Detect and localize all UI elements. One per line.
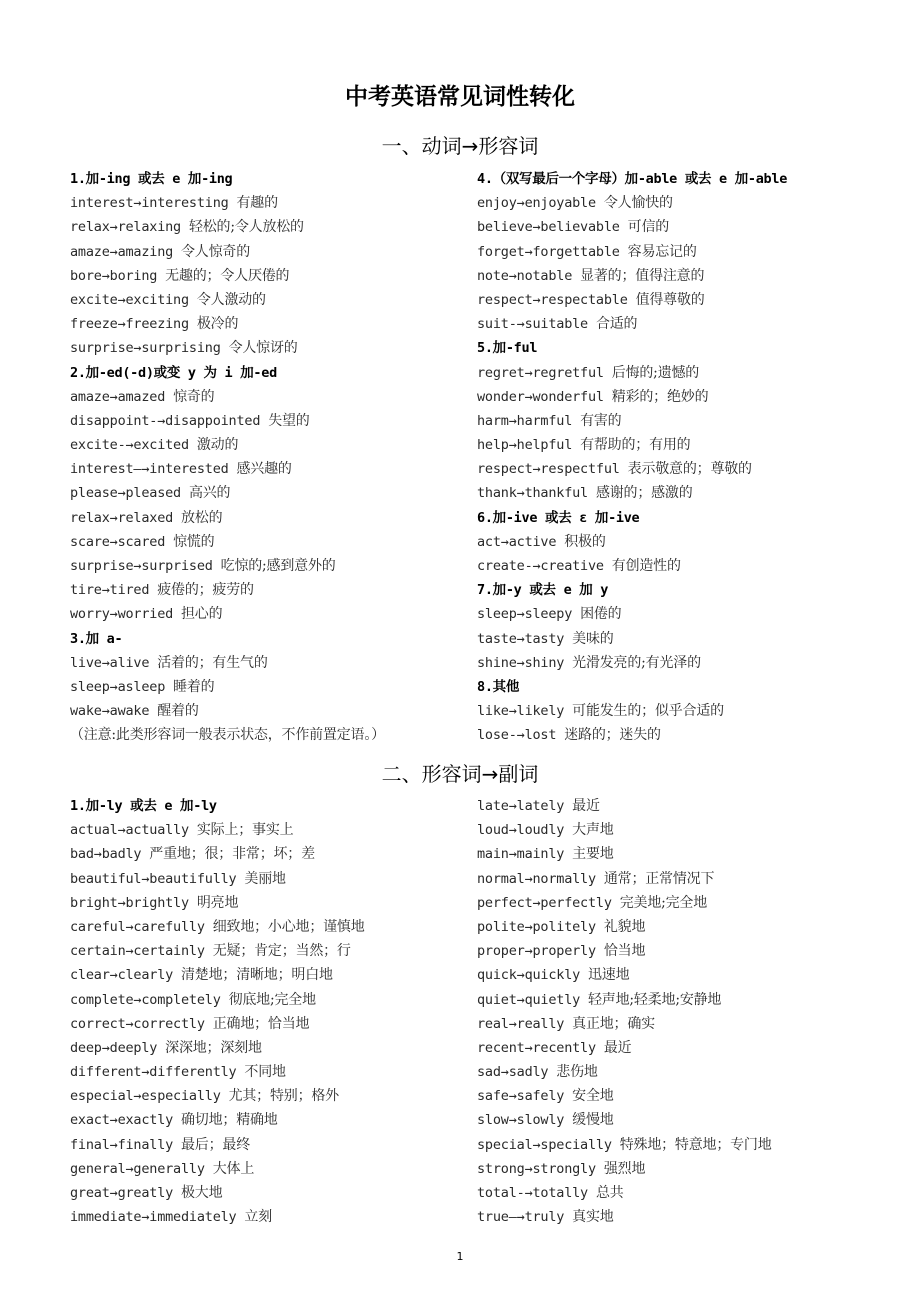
chinese-meaning: 最近 bbox=[604, 1040, 632, 1056]
word-entry: perfect→perfectly 完美地;完全地 bbox=[477, 891, 897, 915]
word-conversion: lose-→lost bbox=[477, 727, 556, 743]
section-1-title: 一、动词→形容词 bbox=[0, 130, 920, 159]
chinese-meaning: 光滑发亮的;有光泽的 bbox=[572, 655, 701, 671]
word-conversion: disappoint-→disappointed bbox=[70, 413, 260, 429]
word-conversion: note→notable bbox=[477, 268, 572, 284]
word-entry: scare→scared 惊慌的 bbox=[70, 530, 490, 554]
chinese-meaning: 彻底地;完全地 bbox=[229, 992, 316, 1008]
chinese-meaning: 完美地;完全地 bbox=[620, 895, 707, 911]
word-entry: shine→shiny 光滑发亮的;有光泽的 bbox=[477, 651, 897, 675]
word-conversion: live→alive bbox=[70, 655, 149, 671]
chinese-meaning: 感谢的；感激的 bbox=[596, 485, 693, 501]
word-conversion: careful→carefully bbox=[70, 919, 205, 935]
word-conversion: taste→tasty bbox=[477, 631, 564, 647]
word-entry: amaze→amazing 令人惊奇的 bbox=[70, 240, 490, 264]
word-conversion: sad→sadly bbox=[477, 1064, 548, 1080]
word-entry: real→really 真正地；确实 bbox=[477, 1012, 897, 1036]
chinese-meaning: 值得尊敬的 bbox=[636, 292, 705, 308]
word-conversion: certain→certainly bbox=[70, 943, 205, 959]
word-entry: actual→actually 实际上；事实上 bbox=[70, 818, 490, 842]
word-conversion: create-→creative bbox=[477, 558, 604, 574]
chinese-meaning: 尤其；特别；格外 bbox=[229, 1088, 339, 1104]
word-conversion: help→helpful bbox=[477, 437, 572, 453]
word-conversion: normal→normally bbox=[477, 871, 596, 887]
chinese-meaning: 显著的；值得注意的 bbox=[580, 268, 704, 284]
word-entry: respect→respectful 表示敬意的；尊敬的 bbox=[477, 457, 897, 481]
word-conversion: harm→harmful bbox=[477, 413, 572, 429]
word-entry: safe→safely 安全地 bbox=[477, 1084, 897, 1108]
chinese-meaning: 极冷的 bbox=[197, 316, 238, 332]
word-conversion: great→greatly bbox=[70, 1185, 173, 1201]
word-entry: taste→tasty 美味的 bbox=[477, 627, 897, 651]
word-entry: enjoy→enjoyable 令人愉快的 bbox=[477, 191, 897, 215]
word-conversion: believe→believable bbox=[477, 219, 620, 235]
chinese-meaning: 无疑；肯定；当然；行 bbox=[213, 943, 351, 959]
word-conversion: amaze→amazing bbox=[70, 244, 173, 260]
section-2-title: 二、形容词→副词 bbox=[0, 758, 920, 787]
chinese-meaning: 真正地；确实 bbox=[572, 1016, 655, 1032]
word-entry: sleep→sleepy 困倦的 bbox=[477, 602, 897, 626]
word-conversion: perfect→perfectly bbox=[477, 895, 612, 911]
word-entry: interest→interesting 有趣的 bbox=[70, 191, 490, 215]
word-entry: surprise→surprising 令人惊讶的 bbox=[70, 336, 490, 360]
chinese-meaning: 确切地；精确地 bbox=[181, 1112, 278, 1128]
chinese-meaning: 礼貌地 bbox=[604, 919, 645, 935]
word-entry: total-→totally 总共 bbox=[477, 1181, 897, 1205]
word-entry: suit-→suitable 合适的 bbox=[477, 312, 897, 336]
chinese-meaning: 令人愉快的 bbox=[604, 195, 673, 211]
chinese-meaning: 最近 bbox=[572, 798, 600, 814]
word-entry: final→finally 最后；最终 bbox=[70, 1133, 490, 1157]
chinese-meaning: 惊慌的 bbox=[173, 534, 214, 550]
word-entry: normal→normally 通常；正常情况下 bbox=[477, 867, 897, 891]
word-entry: main→mainly 主要地 bbox=[477, 842, 897, 866]
word-entry: act→active 积极的 bbox=[477, 530, 897, 554]
word-entry: especial→especially 尤其；特别；格外 bbox=[70, 1084, 490, 1108]
chinese-meaning: 有害的 bbox=[580, 413, 621, 429]
chinese-meaning: 安全地 bbox=[572, 1088, 613, 1104]
word-entry: quiet→quietly 轻声地;轻柔地;安静地 bbox=[477, 988, 897, 1012]
word-conversion: different→differently bbox=[70, 1064, 236, 1080]
word-conversion: main→mainly bbox=[477, 846, 564, 862]
section-2-left-column: 1.加-ly 或去 e 加-lyactual→actually 实际上；事实上b… bbox=[70, 794, 490, 1229]
chinese-meaning: 恰当地 bbox=[604, 943, 645, 959]
word-entry: regret→regretful 后悔的;遗憾的 bbox=[477, 361, 897, 385]
chinese-meaning: 大声地 bbox=[572, 822, 613, 838]
word-conversion: enjoy→enjoyable bbox=[477, 195, 596, 211]
word-conversion: shine→shiny bbox=[477, 655, 564, 671]
note-text: （注意:此类形容词一般表示状态，不作前置定语。） bbox=[70, 723, 490, 747]
word-conversion: polite→politely bbox=[477, 919, 596, 935]
word-conversion: exact→exactly bbox=[70, 1112, 173, 1128]
word-entry: excite→exciting 令人激动的 bbox=[70, 288, 490, 312]
word-entry: worry→worried 担心的 bbox=[70, 602, 490, 626]
word-entry: respect→respectable 值得尊敬的 bbox=[477, 288, 897, 312]
chinese-meaning: 总共 bbox=[596, 1185, 624, 1201]
word-entry: slow→slowly 缓慢地 bbox=[477, 1108, 897, 1132]
word-entry: proper→properly 恰当地 bbox=[477, 939, 897, 963]
word-conversion: sleep→asleep bbox=[70, 679, 165, 695]
word-entry: clear→clearly 清楚地；清晰地；明白地 bbox=[70, 963, 490, 987]
word-conversion: quick→quickly bbox=[477, 967, 580, 983]
word-entry: careful→carefully 细致地；小心地；谨慎地 bbox=[70, 915, 490, 939]
chinese-meaning: 悲伤地 bbox=[556, 1064, 597, 1080]
word-entry: like→likely 可能发生的；似乎合适的 bbox=[477, 699, 897, 723]
chinese-meaning: 活着的；有生气的 bbox=[157, 655, 267, 671]
rule-heading: 6.加-ive 或去 ε 加-ive bbox=[477, 506, 897, 530]
word-conversion: freeze→freezing bbox=[70, 316, 189, 332]
chinese-meaning: 实际上；事实上 bbox=[197, 822, 294, 838]
word-conversion: immediate→immediately bbox=[70, 1209, 236, 1225]
word-conversion: wonder→wonderful bbox=[477, 389, 604, 405]
chinese-meaning: 表示敬意的；尊敬的 bbox=[628, 461, 752, 477]
chinese-meaning: 美丽地 bbox=[244, 871, 285, 887]
chinese-meaning: 高兴的 bbox=[189, 485, 230, 501]
chinese-meaning: 感兴趣的 bbox=[237, 461, 292, 477]
word-conversion: final→finally bbox=[70, 1137, 173, 1153]
chinese-meaning: 有趣的 bbox=[237, 195, 278, 211]
word-entry: sleep→asleep 睡着的 bbox=[70, 675, 490, 699]
chinese-meaning: 细致地；小心地；谨慎地 bbox=[213, 919, 365, 935]
word-conversion: scare→scared bbox=[70, 534, 165, 550]
word-entry: different→differently 不同地 bbox=[70, 1060, 490, 1084]
word-entry: freeze→freezing 极冷的 bbox=[70, 312, 490, 336]
word-conversion: respect→respectful bbox=[477, 461, 620, 477]
word-conversion: forget→forgettable bbox=[477, 244, 620, 260]
word-entry: deep→deeply 深深地；深刻地 bbox=[70, 1036, 490, 1060]
rule-heading: 8.其他 bbox=[477, 675, 897, 699]
chinese-meaning: 极大地 bbox=[181, 1185, 222, 1201]
word-entry: wake→awake 醒着的 bbox=[70, 699, 490, 723]
word-entry: amaze→amazed 惊奇的 bbox=[70, 385, 490, 409]
chinese-meaning: 精彩的；绝妙的 bbox=[612, 389, 709, 405]
chinese-meaning: 积极的 bbox=[564, 534, 605, 550]
word-conversion: safe→safely bbox=[477, 1088, 564, 1104]
word-conversion: correct→correctly bbox=[70, 1016, 205, 1032]
word-entry: relax→relaxed 放松的 bbox=[70, 506, 490, 530]
chinese-meaning: 惊奇的 bbox=[173, 389, 214, 405]
chinese-meaning: 严重地；很；非常；坏；差 bbox=[149, 846, 315, 862]
word-entry: certain→certainly 无疑；肯定；当然；行 bbox=[70, 939, 490, 963]
word-conversion: clear→clearly bbox=[70, 967, 173, 983]
word-entry: correct→correctly 正确地；恰当地 bbox=[70, 1012, 490, 1036]
word-entry: surprise→surprised 吃惊的;感到意外的 bbox=[70, 554, 490, 578]
section-1-right-column: 4.（双写最后一个字母）加-able 或去 e 加-ableenjoy→enjo… bbox=[477, 167, 897, 748]
chinese-meaning: 令人惊讶的 bbox=[229, 340, 298, 356]
word-conversion: excite-→excited bbox=[70, 437, 189, 453]
word-entry: exact→exactly 确切地；精确地 bbox=[70, 1108, 490, 1132]
chinese-meaning: 最后；最终 bbox=[181, 1137, 250, 1153]
word-conversion: like→likely bbox=[477, 703, 564, 719]
chinese-meaning: 醒着的 bbox=[157, 703, 198, 719]
word-entry: interest—→interested 感兴趣的 bbox=[70, 457, 490, 481]
word-entry: polite→politely 礼貌地 bbox=[477, 915, 897, 939]
word-conversion: relax→relaxed bbox=[70, 510, 173, 526]
word-conversion: bad→badly bbox=[70, 846, 141, 862]
chinese-meaning: 容易忘记的 bbox=[628, 244, 697, 260]
chinese-meaning: 主要地 bbox=[572, 846, 613, 862]
word-conversion: interest—→interested bbox=[70, 461, 229, 477]
chinese-meaning: 不同地 bbox=[244, 1064, 285, 1080]
word-conversion: tire→tired bbox=[70, 582, 149, 598]
chinese-meaning: 无趣的；令人厌倦的 bbox=[165, 268, 289, 284]
chinese-meaning: 正确地；恰当地 bbox=[213, 1016, 310, 1032]
chinese-meaning: 缓慢地 bbox=[572, 1112, 613, 1128]
chinese-meaning: 有帮助的；有用的 bbox=[580, 437, 690, 453]
word-conversion: actual→actually bbox=[70, 822, 189, 838]
word-entry: complete→completely 彻底地;完全地 bbox=[70, 988, 490, 1012]
word-conversion: complete→completely bbox=[70, 992, 221, 1008]
chinese-meaning: 疲倦的；疲劳的 bbox=[157, 582, 254, 598]
word-entry: true—→truly 真实地 bbox=[477, 1205, 897, 1229]
word-entry: believe→believable 可信的 bbox=[477, 215, 897, 239]
chinese-meaning: 激动的 bbox=[197, 437, 238, 453]
chinese-meaning: 清楚地；清晰地；明白地 bbox=[181, 967, 333, 983]
word-conversion: deep→deeply bbox=[70, 1040, 157, 1056]
chinese-meaning: 后悔的;遗憾的 bbox=[612, 365, 699, 381]
rule-heading: 4.（双写最后一个字母）加-able 或去 e 加-able bbox=[477, 167, 897, 191]
word-entry: please→pleased 高兴的 bbox=[70, 481, 490, 505]
word-conversion: sleep→sleepy bbox=[477, 606, 572, 622]
chinese-meaning: 失望的 bbox=[268, 413, 309, 429]
word-conversion: especial→especially bbox=[70, 1088, 221, 1104]
word-conversion: regret→regretful bbox=[477, 365, 604, 381]
word-conversion: thank→thankful bbox=[477, 485, 588, 501]
word-entry: bright→brightly 明亮地 bbox=[70, 891, 490, 915]
word-entry: bore→boring 无趣的；令人厌倦的 bbox=[70, 264, 490, 288]
chinese-meaning: 迷路的；迷失的 bbox=[564, 727, 661, 743]
chinese-meaning: 可信的 bbox=[628, 219, 669, 235]
word-entry: wonder→wonderful 精彩的；绝妙的 bbox=[477, 385, 897, 409]
rule-heading: 1.加-ing 或去 e 加-ing bbox=[70, 167, 490, 191]
chinese-meaning: 困倦的 bbox=[580, 606, 621, 622]
word-conversion: recent→recently bbox=[477, 1040, 596, 1056]
word-entry: lose-→lost 迷路的；迷失的 bbox=[477, 723, 897, 747]
word-conversion: amaze→amazed bbox=[70, 389, 165, 405]
word-conversion: excite→exciting bbox=[70, 292, 189, 308]
word-conversion: beautiful→beautifully bbox=[70, 871, 236, 887]
chinese-meaning: 放松的 bbox=[181, 510, 222, 526]
word-conversion: interest→interesting bbox=[70, 195, 229, 211]
rule-heading: 7.加-y 或去 e 加 y bbox=[477, 578, 897, 602]
word-entry: thank→thankful 感谢的；感激的 bbox=[477, 481, 897, 505]
section-1-left-column: 1.加-ing 或去 e 加-inginterest→interesting 有… bbox=[70, 167, 490, 748]
chinese-meaning: 睡着的 bbox=[173, 679, 214, 695]
word-conversion: loud→loudly bbox=[477, 822, 564, 838]
word-entry: sad→sadly 悲伤地 bbox=[477, 1060, 897, 1084]
word-entry: general→generally 大体上 bbox=[70, 1157, 490, 1181]
word-conversion: respect→respectable bbox=[477, 292, 628, 308]
chinese-meaning: 立刻 bbox=[244, 1209, 272, 1225]
rule-heading: 5.加-ful bbox=[477, 336, 897, 360]
rule-heading: 2.加-ed(-d)或变 y 为 i 加-ed bbox=[70, 361, 490, 385]
chinese-meaning: 明亮地 bbox=[197, 895, 238, 911]
word-entry: excite-→excited 激动的 bbox=[70, 433, 490, 457]
word-conversion: true—→truly bbox=[477, 1209, 564, 1225]
word-conversion: real→really bbox=[477, 1016, 564, 1032]
rule-heading: 3.加 a- bbox=[70, 627, 490, 651]
chinese-meaning: 令人惊奇的 bbox=[181, 244, 250, 260]
word-entry: relax→relaxing 轻松的;令人放松的 bbox=[70, 215, 490, 239]
chinese-meaning: 吃惊的;感到意外的 bbox=[221, 558, 336, 574]
chinese-meaning: 强烈地 bbox=[604, 1161, 645, 1177]
chinese-meaning: 轻松的;令人放松的 bbox=[189, 219, 304, 235]
chinese-meaning: 担心的 bbox=[181, 606, 222, 622]
word-entry: harm→harmful 有害的 bbox=[477, 409, 897, 433]
word-entry: quick→quickly 迅速地 bbox=[477, 963, 897, 987]
word-entry: tire→tired 疲倦的；疲劳的 bbox=[70, 578, 490, 602]
chinese-meaning: 美味的 bbox=[572, 631, 613, 647]
word-conversion: act→active bbox=[477, 534, 556, 550]
page-number: 1 bbox=[0, 1250, 920, 1263]
document-page: 中考英语常见词性转化 一、动词→形容词 1.加-ing 或去 e 加-ingin… bbox=[0, 0, 920, 1302]
word-conversion: wake→awake bbox=[70, 703, 149, 719]
chinese-meaning: 深深地；深刻地 bbox=[165, 1040, 262, 1056]
word-entry: late→lately 最近 bbox=[477, 794, 897, 818]
word-conversion: proper→properly bbox=[477, 943, 596, 959]
chinese-meaning: 特殊地；特意地；专门地 bbox=[620, 1137, 772, 1153]
word-entry: loud→loudly 大声地 bbox=[477, 818, 897, 842]
document-title: 中考英语常见词性转化 bbox=[0, 78, 920, 111]
chinese-meaning: 迅速地 bbox=[588, 967, 629, 983]
rule-heading: 1.加-ly 或去 e 加-ly bbox=[70, 794, 490, 818]
word-conversion: bore→boring bbox=[70, 268, 157, 284]
word-entry: forget→forgettable 容易忘记的 bbox=[477, 240, 897, 264]
word-conversion: strong→strongly bbox=[477, 1161, 596, 1177]
chinese-meaning: 可能发生的；似乎合适的 bbox=[572, 703, 724, 719]
section-2-right-column: late→lately 最近loud→loudly 大声地main→mainly… bbox=[477, 794, 897, 1229]
chinese-meaning: 有创造性的 bbox=[612, 558, 681, 574]
word-entry: bad→badly 严重地；很；非常；坏；差 bbox=[70, 842, 490, 866]
chinese-meaning: 合适的 bbox=[596, 316, 637, 332]
word-entry: create-→creative 有创造性的 bbox=[477, 554, 897, 578]
word-conversion: special→specially bbox=[477, 1137, 612, 1153]
chinese-meaning: 轻声地;轻柔地;安静地 bbox=[588, 992, 721, 1008]
word-conversion: slow→slowly bbox=[477, 1112, 564, 1128]
word-entry: great→greatly 极大地 bbox=[70, 1181, 490, 1205]
word-conversion: bright→brightly bbox=[70, 895, 189, 911]
word-entry: recent→recently 最近 bbox=[477, 1036, 897, 1060]
word-entry: immediate→immediately 立刻 bbox=[70, 1205, 490, 1229]
word-conversion: worry→worried bbox=[70, 606, 173, 622]
word-conversion: quiet→quietly bbox=[477, 992, 580, 1008]
word-conversion: late→lately bbox=[477, 798, 564, 814]
chinese-meaning: 真实地 bbox=[572, 1209, 613, 1225]
word-entry: special→specially 特殊地；特意地；专门地 bbox=[477, 1133, 897, 1157]
word-conversion: please→pleased bbox=[70, 485, 181, 501]
word-entry: disappoint-→disappointed 失望的 bbox=[70, 409, 490, 433]
word-conversion: suit-→suitable bbox=[477, 316, 588, 332]
word-entry: help→helpful 有帮助的；有用的 bbox=[477, 433, 897, 457]
word-entry: live→alive 活着的；有生气的 bbox=[70, 651, 490, 675]
chinese-meaning: 令人激动的 bbox=[197, 292, 266, 308]
word-conversion: surprise→surprised bbox=[70, 558, 213, 574]
chinese-meaning: 通常；正常情况下 bbox=[604, 871, 714, 887]
word-entry: note→notable 显著的；值得注意的 bbox=[477, 264, 897, 288]
chinese-meaning: 大体上 bbox=[213, 1161, 254, 1177]
word-conversion: relax→relaxing bbox=[70, 219, 181, 235]
word-conversion: surprise→surprising bbox=[70, 340, 221, 356]
word-entry: strong→strongly 强烈地 bbox=[477, 1157, 897, 1181]
word-conversion: general→generally bbox=[70, 1161, 205, 1177]
word-conversion: total-→totally bbox=[477, 1185, 588, 1201]
word-entry: beautiful→beautifully 美丽地 bbox=[70, 867, 490, 891]
